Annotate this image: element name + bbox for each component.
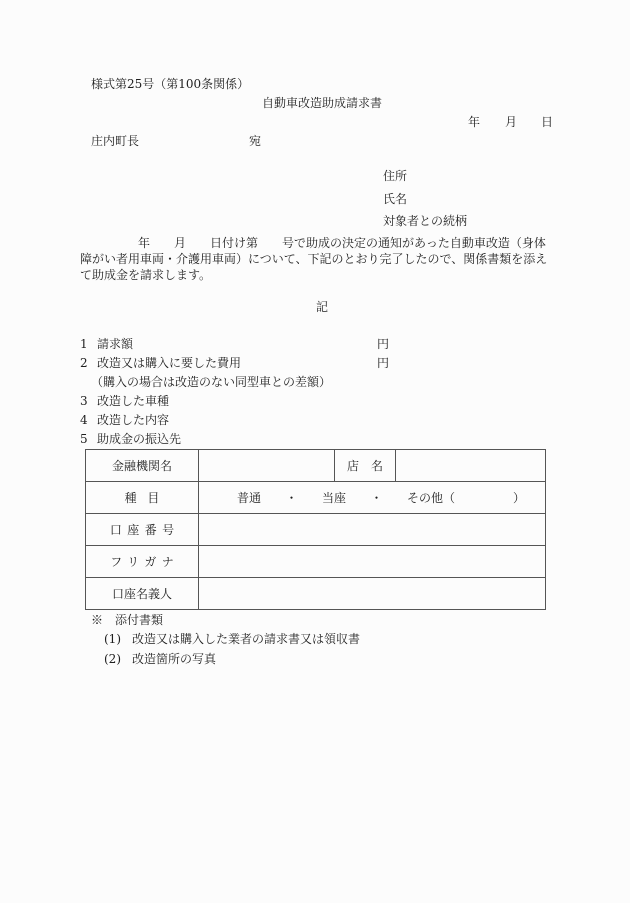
separator-dot: ・ xyxy=(286,491,298,505)
date-year-label: 年 xyxy=(468,115,480,129)
item-label: 助成金の振込先 xyxy=(97,432,181,446)
item-label: 請求額 xyxy=(97,337,133,351)
item-3: 3改造した車種 xyxy=(80,394,169,408)
account-number-row: 口座番号 xyxy=(86,514,546,546)
item-2-unit: 円 xyxy=(377,356,389,370)
item-2-note: （購入の場合は改造のない同型車との差額） xyxy=(91,375,331,389)
request-paragraph: 年月日付け第号で助成の決定の通知があった自動車改造（身体障がい者用車両・介護用車… xyxy=(80,235,550,283)
attachment-label: 改造箇所の写真 xyxy=(132,652,216,666)
body-month-label: 月 xyxy=(174,236,186,250)
furigana-label: フリガナ xyxy=(86,546,199,578)
bank-name-row: 金融機関名 店 名 xyxy=(86,450,546,482)
attachment-number: (1) xyxy=(104,632,132,646)
bank-name-label: 金融機関名 xyxy=(86,450,199,482)
item-4: 4改造した内容 xyxy=(80,413,169,427)
name-label: 氏名 xyxy=(383,192,407,206)
furigana-field[interactable] xyxy=(199,546,546,578)
bank-transfer-table: 金融機関名 店 名 種目 普通 ・ 当座 ・ その他（ ） 口座番号 フリガナ … xyxy=(85,449,546,610)
item-label: 改造又は購入に要した費用 xyxy=(97,356,241,370)
furigana-row: フリガナ xyxy=(86,546,546,578)
branch-label: 店 名 xyxy=(335,450,396,482)
item-1: 1請求額 xyxy=(80,337,133,351)
account-number-label: 口座番号 xyxy=(86,514,199,546)
item-5: 5助成金の振込先 xyxy=(80,432,181,446)
option-other[interactable]: その他（ xyxy=(407,491,455,505)
attachment-number: (2) xyxy=(104,652,132,666)
account-type-label: 種目 xyxy=(86,482,199,514)
body-year-label: 年 xyxy=(138,236,150,250)
option-ordinary[interactable]: 普通 xyxy=(237,491,261,505)
account-holder-label: 口座名義人 xyxy=(86,578,199,610)
body-day-number-label: 日付け第 xyxy=(210,236,258,250)
document-title: 自動車改造助成請求書 xyxy=(262,96,382,110)
option-other-close: ） xyxy=(513,491,525,505)
item-label: 改造した車種 xyxy=(97,394,169,408)
account-type-options[interactable]: 普通 ・ 当座 ・ その他（ ） xyxy=(199,482,546,514)
address-label: 住所 xyxy=(383,169,407,183)
ki-heading: 記 xyxy=(316,300,328,314)
account-type-row: 種目 普通 ・ 当座 ・ その他（ ） xyxy=(86,482,546,514)
bank-name-field[interactable] xyxy=(199,450,335,482)
attachment-item-2: (2)改造箇所の写真 xyxy=(104,652,216,666)
addressee: 庄内町長 xyxy=(91,134,139,148)
attachment-item-1: (1)改造又は購入した業者の請求書又は領収書 xyxy=(104,632,360,646)
body-text: 号で助成の決定の通知があった自動車改造（身体障がい者用車両・介護用車両）について… xyxy=(80,236,547,282)
account-holder-field[interactable] xyxy=(199,578,546,610)
date-month-label: 月 xyxy=(505,115,517,129)
account-number-field[interactable] xyxy=(199,514,546,546)
item-2: 2改造又は購入に要した費用 xyxy=(80,356,241,370)
item-number: 5 xyxy=(80,432,97,446)
item-number: 4 xyxy=(80,413,97,427)
relation-label: 対象者との続柄 xyxy=(383,214,467,228)
attachment-label: 改造又は購入した業者の請求書又は領収書 xyxy=(132,632,360,646)
item-1-unit: 円 xyxy=(377,337,389,351)
separator-dot: ・ xyxy=(371,491,383,505)
option-current[interactable]: 当座 xyxy=(322,491,346,505)
form-number: 様式第25号（第100条関係） xyxy=(91,77,249,91)
item-number: 1 xyxy=(80,337,97,351)
item-label: 改造した内容 xyxy=(97,413,169,427)
account-holder-row: 口座名義人 xyxy=(86,578,546,610)
branch-field[interactable] xyxy=(396,450,546,482)
attachments-heading: ※ 添付書類 xyxy=(91,613,163,627)
addressee-suffix: 宛 xyxy=(249,134,261,148)
date-day-label: 日 xyxy=(541,115,553,129)
item-number: 2 xyxy=(80,356,97,370)
item-number: 3 xyxy=(80,394,97,408)
